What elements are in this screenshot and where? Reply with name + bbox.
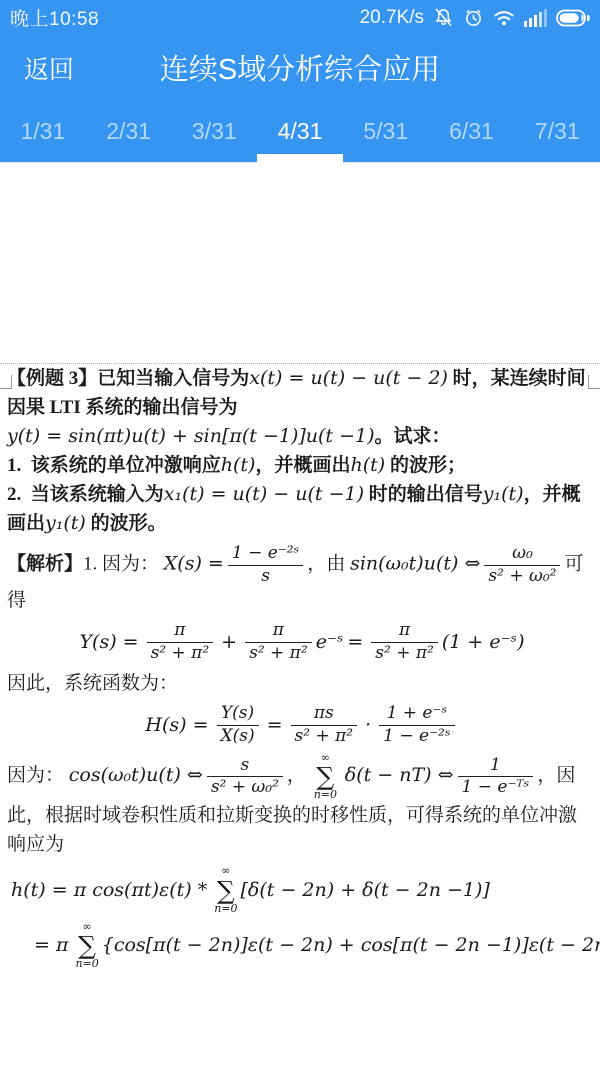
tab-5-31[interactable]: 5/31 — [343, 100, 429, 162]
numerator: π — [371, 621, 438, 643]
sigma-operator: ∑ — [316, 764, 334, 789]
denominator: s² + π² — [147, 643, 214, 664]
fraction: 1 + e⁻ˢ1 − e⁻²ˢ — [379, 704, 454, 746]
math-run: δ(t − nT) ⇔ — [345, 764, 454, 786]
math-run: y₁(t) — [483, 483, 524, 505]
page-margin-mark-right — [588, 375, 600, 389]
math-run: {cos[π(t − 2n)]ε(t − 2n) + cos[π(t − 2n … — [102, 934, 600, 956]
summation: ∞∑n=0 — [214, 865, 237, 914]
denominator: 1 − e⁻²ˢ — [379, 726, 454, 747]
tab-3-31[interactable]: 3/31 — [171, 100, 257, 162]
math-run: H(s) = — [145, 714, 208, 736]
text-run: 1. 因为： — [83, 553, 159, 574]
tab-4-31-active[interactable]: 4/31 — [257, 100, 343, 162]
text-run: 【例题 3】已知当输入信号为 — [7, 368, 249, 389]
fraction-Xs: 1 − e⁻²ˢs — [228, 544, 303, 586]
text-run: ，并概画出 — [255, 455, 350, 476]
battery-icon — [556, 9, 590, 27]
formula-Hs: H(s) = Y(s)X(s) = πss² + π² · 1 + e⁻ˢ1 −… — [0, 704, 600, 746]
alarm-icon — [463, 7, 484, 28]
math-run: e⁻ˢ — [316, 631, 344, 653]
fraction-impulse-train: 11 − e⁻ᵀˢ — [458, 756, 534, 798]
text-run: ， — [537, 765, 556, 786]
status-time: 晚上10:58 — [10, 4, 99, 31]
fraction: πs² + π² — [245, 621, 312, 663]
math-run: h(t) = π cos(πt)ε(t) * — [11, 879, 207, 901]
text-run: 因为： — [7, 765, 64, 786]
reasoning-paragraph: 因为： cos(ω₀t)u(t) ⇔ss² + ω₀²， ∞∑n=0 δ(t −… — [0, 752, 600, 859]
numerator: πs — [291, 704, 358, 726]
question-item-2: 2. 当该系统输入为x₁(t) = u(t) − u(t −1) 时的输出信号y… — [0, 480, 600, 538]
text-run: 1. 该系统的单位冲激响应 — [7, 455, 221, 476]
denominator: s² + π² — [245, 643, 312, 664]
operator: = — [267, 714, 283, 736]
numerator: Y(s) — [217, 704, 259, 726]
text-run: ， — [307, 553, 326, 574]
sum-lower-limit: n=0 — [75, 958, 98, 970]
net-speed: 20.7K/s — [360, 7, 424, 29]
denominator: X(s) — [217, 726, 259, 747]
sigma-operator: ∑ — [78, 933, 96, 958]
math-run: Y(s) = — [80, 631, 139, 653]
denominator: s² + ω₀² — [484, 566, 560, 587]
numerator: π — [245, 621, 312, 643]
mute-icon — [433, 7, 454, 28]
math-run: y(t) = sin(πt)u(t) + sin[π(t −1)]u(t −1) — [7, 425, 375, 447]
formula-Ys: Y(s) = πs² + π² + πs² + π² e⁻ˢ = πs² + π… — [0, 621, 600, 663]
app-screen: 晚上10:58 20.7K/s — [0, 0, 600, 1067]
math-run: h(t) — [350, 454, 385, 476]
text-run: 2. 当该系统输入为 — [7, 484, 164, 505]
numerator: π — [147, 621, 214, 643]
denominator: s² + π² — [371, 643, 438, 664]
fraction-sin-pair: ω₀s² + ω₀² — [484, 544, 560, 586]
text-run: ， — [287, 765, 306, 786]
fraction: πs² + π² — [147, 621, 214, 663]
text-run: 由 — [326, 553, 345, 574]
operator: + — [221, 631, 237, 653]
denominator: s² + ω₀² — [207, 777, 283, 798]
numerator: 1 + e⁻ˢ — [379, 704, 454, 726]
formula-ht-line2: = π ∞∑n=0 {cos[π(t − 2n)]ε(t − 2n) + cos… — [0, 921, 600, 970]
denominator: 1 − e⁻ᵀˢ — [458, 777, 534, 798]
tab-1-31[interactable]: 1/31 — [0, 100, 86, 162]
operator: · — [365, 714, 371, 736]
fraction: πs² + π² — [371, 621, 438, 663]
analysis-tag: 【解析】 — [7, 553, 83, 574]
denominator: s — [228, 566, 303, 587]
tab-6-31[interactable]: 6/31 — [429, 100, 515, 162]
tab-2-31[interactable]: 2/31 — [86, 100, 172, 162]
numerator: ω₀ — [484, 544, 560, 566]
numerator: 1 − e⁻²ˢ — [228, 544, 303, 566]
document-viewer[interactable]: 【例题 3】已知当输入信号为x(t) = u(t) − u(t − 2) 时，某… — [0, 162, 600, 1067]
math-run: h(t) — [221, 454, 256, 476]
fraction: Y(s)X(s) — [217, 704, 259, 746]
tab-7-31[interactable]: 7/31 — [514, 100, 600, 162]
numerator: s — [207, 756, 283, 778]
summation: ∞∑n=0 — [314, 752, 337, 801]
fraction-cos-pair: ss² + ω₀² — [207, 756, 283, 798]
formula-ht-line1: h(t) = π cos(πt)ε(t) * ∞∑n=0 [δ(t − 2n) … — [0, 865, 600, 914]
status-icons: 20.7K/s — [360, 7, 590, 29]
text-run: 的波形； — [385, 455, 466, 476]
math-run: = π — [34, 934, 68, 956]
page-tab-bar: 1/31 2/31 3/31 4/31 5/31 6/31 7/31 — [0, 100, 600, 162]
sum-lower-limit: n=0 — [214, 903, 237, 915]
sum-lower-limit: n=0 — [314, 789, 337, 801]
denominator: s² + π² — [291, 726, 358, 747]
analysis-line: 【解析】1. 因为： X(s) =1 − e⁻²ˢs，由 sin(ω₀t)u(t… — [0, 544, 600, 615]
math-run: y₁(t) — [45, 512, 86, 534]
sigma-operator: ∑ — [217, 878, 235, 903]
text-run: 。试求： — [375, 426, 451, 447]
nav-bar: 返回 连续S域分析综合应用 — [0, 35, 600, 100]
page-title: 连续S域分析综合应用 — [0, 47, 600, 88]
math-run: [δ(t − 2n) + δ(t − 2n −1)] — [241, 879, 490, 901]
math-run: x₁(t) = u(t) − u(t −1) — [164, 483, 364, 505]
signal-icon — [524, 9, 547, 27]
transition-text: 因此，系统函数为： — [0, 669, 600, 698]
fraction: πss² + π² — [291, 704, 358, 746]
back-button[interactable]: 返回 — [0, 50, 74, 86]
operator: = — [347, 631, 363, 653]
problem-statement: 【例题 3】已知当输入信号为x(t) = u(t) − u(t − 2) 时，某… — [0, 364, 600, 451]
summation: ∞∑n=0 — [75, 921, 98, 970]
numerator: 1 — [458, 756, 534, 778]
math-run: (1 + e⁻ˢ) — [442, 631, 525, 653]
page-blank-area — [0, 163, 600, 363]
text-run: 时的输出信号 — [364, 484, 483, 505]
page-margin-mark-left — [0, 375, 12, 389]
math-run: x(t) = u(t) − u(t − 2) — [249, 367, 448, 389]
question-item-1: 1. 该系统的单位冲激响应h(t)，并概画出h(t) 的波形； — [0, 451, 600, 480]
text-run: 的波形。 — [86, 513, 167, 534]
math-run: X(s) = — [164, 552, 224, 574]
active-tab-indicator — [257, 154, 343, 169]
math-run: sin(ω₀t)u(t) ⇔ — [350, 552, 480, 574]
status-bar: 晚上10:58 20.7K/s — [0, 0, 600, 35]
wifi-icon — [493, 8, 515, 27]
math-run: cos(ω₀t)u(t) ⇔ — [69, 764, 203, 786]
